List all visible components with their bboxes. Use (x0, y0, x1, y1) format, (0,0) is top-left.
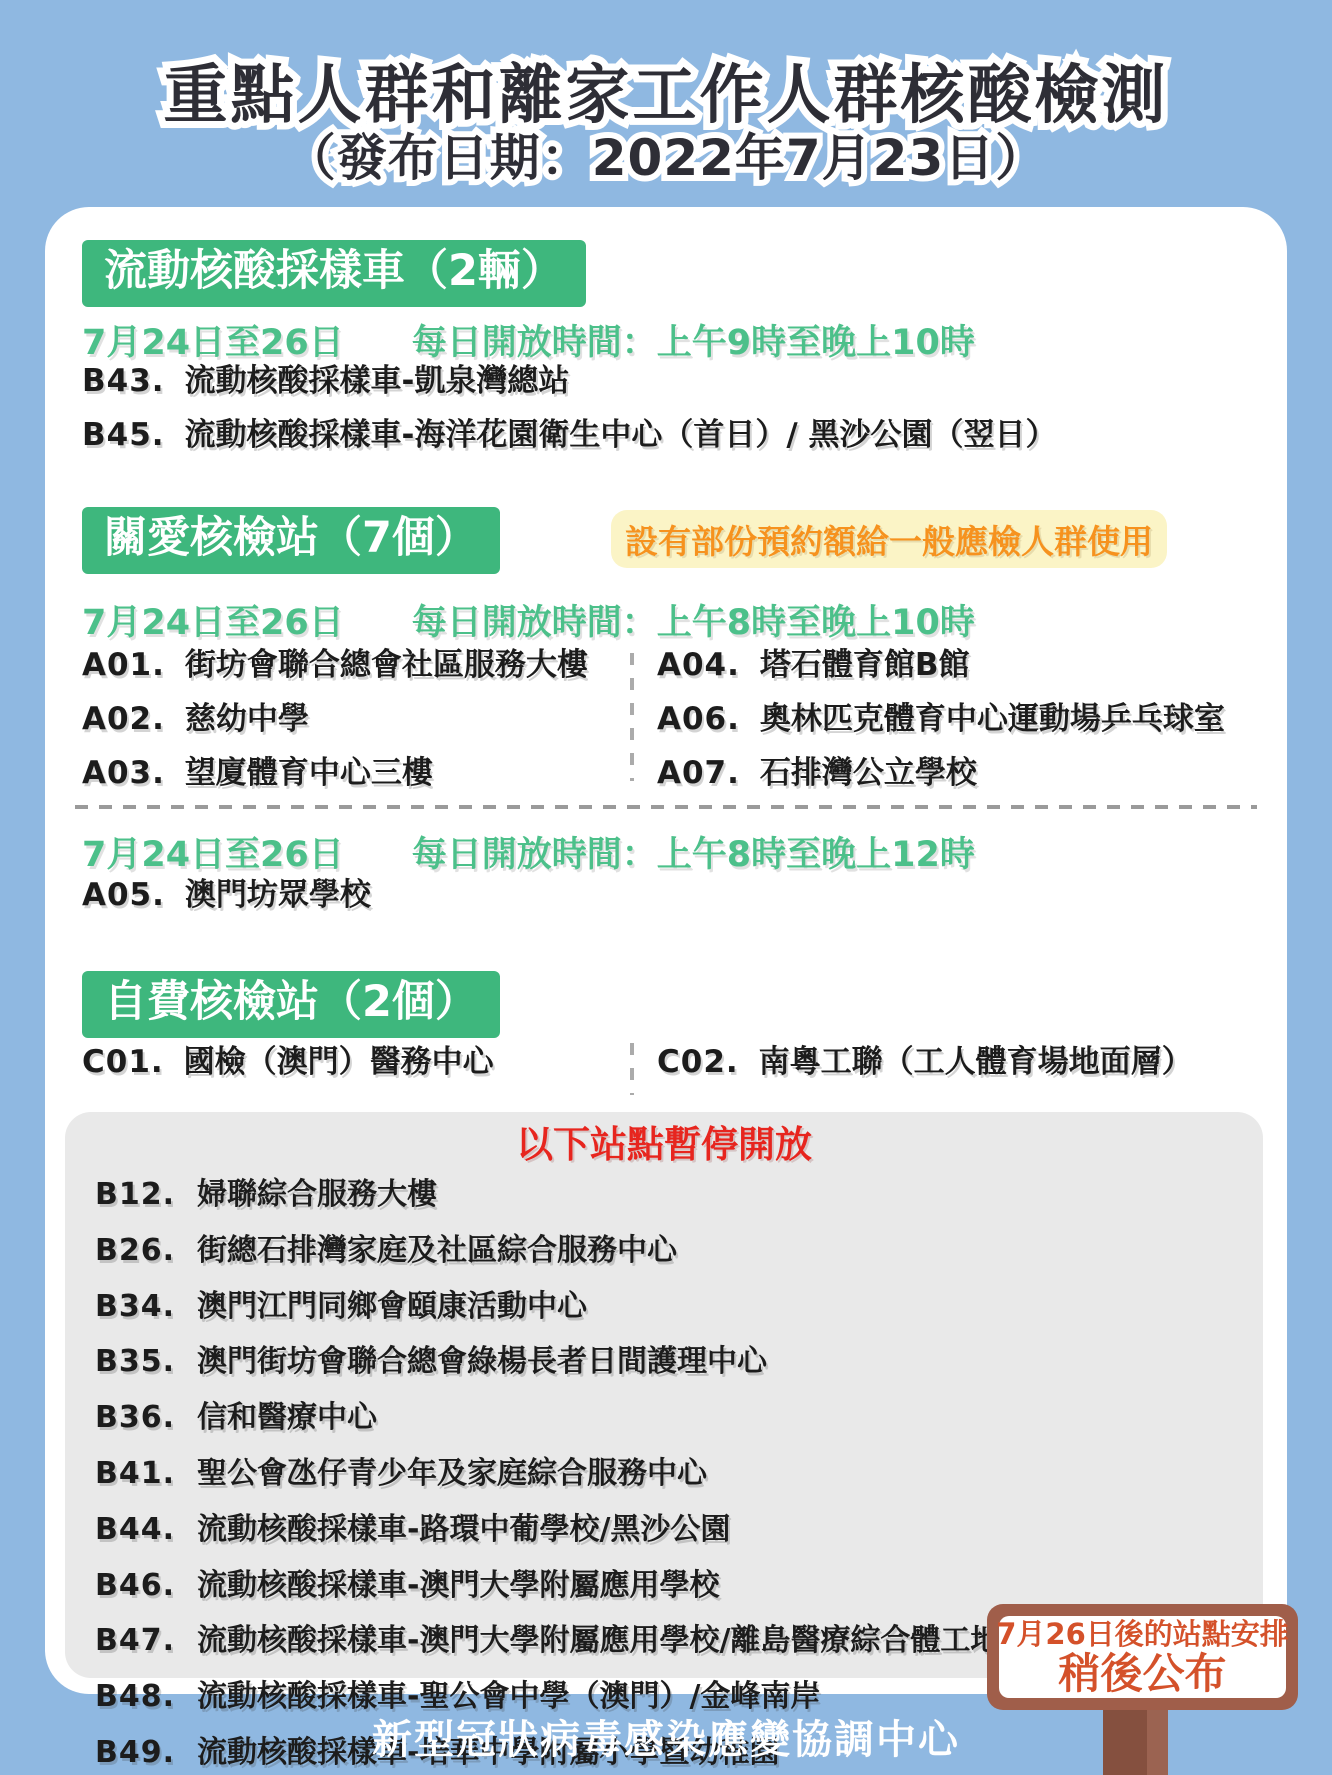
station-code: A07. (657, 751, 740, 795)
sign-post-light-side (1147, 1708, 1168, 1775)
station-item: A04. 塔石體育館B館 (657, 643, 1225, 687)
station-name: 信和醫療中心 (197, 1395, 377, 1441)
notice-sign-line2: 稍後公布 (1058, 1651, 1226, 1697)
station-item: A01. 街坊會聯合總會社區服務大樓 (82, 643, 588, 687)
station-code: B45. (82, 413, 165, 457)
station-name: 流動核酸採樣車-海洋花園衛生中心（首日）/ 黑沙公園（翌日） (185, 413, 1057, 457)
station-code: B44. (95, 1507, 175, 1553)
station-code: A05. (82, 873, 165, 917)
station-name: 街總石排灣家庭及社區綜合服務中心 (197, 1228, 677, 1274)
station-item: B12. 婦聯綜合服務大樓 (95, 1172, 1263, 1218)
station-item: B45. 流動核酸採樣車-海洋花園衛生中心（首日）/ 黑沙公園（翌日） (82, 413, 1057, 457)
station-code: A03. (82, 751, 165, 795)
mobile-station-list: B43. 流動核酸採樣車-凱泉灣總站 B45. 流動核酸採樣車-海洋花園衛生中心… (82, 359, 1057, 457)
station-code: B34. (95, 1284, 175, 1330)
station-name: 奧林匹克體育中心運動場乒乓球室 (760, 697, 1225, 741)
care-open-hours: 每日開放時間：上午8時至晚上10時 (412, 595, 975, 645)
station-name: 慈幼中學 (185, 697, 309, 741)
care-schedule: 7月24日至26日 每日開放時間：上午8時至晚上10時 (82, 595, 975, 645)
mobile-open-hours: 每日開放時間：上午9時至晚上10時 (412, 315, 975, 365)
station-name: 流動核酸採樣車-路環中葡學校/黑沙公園 (197, 1507, 730, 1553)
selfpay-station-left: C01. 國檢（澳門）醫務中心 (82, 1040, 494, 1084)
mobile-schedule: 7月24日至26日 每日開放時間：上午9時至晚上10時 (82, 315, 975, 365)
station-name: 街坊會聯合總會社區服務大樓 (185, 643, 588, 687)
station-item: A03. 望廈體育中心三樓 (82, 751, 588, 795)
station-code: B36. (95, 1395, 175, 1441)
notice-sign-panel: 7月26日後的站點安排 稍後公布 (999, 1616, 1286, 1698)
station-name: 流動核酸採樣車-澳門大學附屬應用學校 (197, 1563, 719, 1609)
selfpay-station-right: C02. 南粵工聯（工人體育場地面層） (657, 1040, 1193, 1084)
station-code: C01. (82, 1040, 164, 1084)
publish-date-text: （發布日期：2022年7月23日） (286, 129, 1047, 187)
station-code: B12. (95, 1172, 175, 1218)
station-name: 澳門街坊會聯合總會綠楊長者日間護理中心 (197, 1339, 767, 1385)
care-station-list-left: A01. 街坊會聯合總會社區服務大樓 A02. 慈幼中學 A03. 望廈體育中心… (82, 643, 588, 795)
station-code: B43. (82, 359, 165, 403)
station-code: C02. (657, 1040, 739, 1084)
badge-care-stations: 關愛核檢站（7個） (82, 507, 500, 574)
station-name: 塔石體育館B館 (760, 643, 970, 687)
station-item: B36. 信和醫療中心 (95, 1395, 1263, 1441)
care-extended-date-range: 7月24日至26日 (82, 827, 344, 877)
publish-date: （發布日期：2022年7月23日） （發布日期：2022年7月23日） (0, 118, 1332, 190)
station-item: B46. 流動核酸採樣車-澳門大學附屬應用學校 (95, 1563, 1263, 1609)
section-divider-dashed (75, 805, 1257, 809)
station-item: A07. 石排灣公立學校 (657, 751, 1225, 795)
care-extended-station-list: A05. 澳門坊眾學校 (82, 873, 371, 917)
column-divider-dashed (630, 653, 634, 781)
notice-sign: 7月26日後的站點安排 稍後公布 (987, 1604, 1298, 1710)
station-name: 婦聯綜合服務大樓 (197, 1172, 437, 1218)
poster-page: 重點人群和離家工作人群核酸檢測 重點人群和離家工作人群核酸檢測 （發布日期：20… (0, 0, 1332, 1775)
station-item: A02. 慈幼中學 (82, 697, 588, 741)
station-name: 石排灣公立學校 (760, 751, 977, 795)
station-item: A05. 澳門坊眾學校 (82, 873, 371, 917)
station-code: B46. (95, 1563, 175, 1609)
station-code: B26. (95, 1228, 175, 1274)
station-item: B26. 街總石排灣家庭及社區綜合服務中心 (95, 1228, 1263, 1274)
station-code: A02. (82, 697, 165, 741)
badge-mobile-sampling-vehicles: 流動核酸採樣車（2輛） (82, 240, 586, 307)
station-name: 澳門坊眾學校 (185, 873, 371, 917)
station-item: B41. 聖公會氹仔青少年及家庭綜合服務中心 (95, 1451, 1263, 1497)
station-name: 南粵工聯（工人體育場地面層） (759, 1040, 1193, 1084)
content-card: 流動核酸採樣車（2輛） 7月24日至26日 每日開放時間：上午9時至晚上10時 … (45, 207, 1287, 1694)
sign-post-dark-side (1103, 1708, 1147, 1775)
station-name: 流動核酸採樣車-凱泉灣總站 (185, 359, 570, 403)
care-extended-schedule: 7月24日至26日 每日開放時間：上午8時至晚上12時 (82, 827, 975, 877)
station-code: B41. (95, 1451, 175, 1497)
station-item: B35. 澳門街坊會聯合總會綠楊長者日間護理中心 (95, 1339, 1263, 1385)
suspended-stations-panel: 以下站點暫停開放 B12. 婦聯綜合服務大樓 B26. 街總石排灣家庭及社區綜合… (65, 1112, 1263, 1678)
badge-selfpay-stations: 自費核檢站（2個） (82, 971, 500, 1038)
notice-sign-post (1103, 1708, 1168, 1775)
station-code: A06. (657, 697, 740, 741)
station-item: B34. 澳門江門同鄉會頤康活動中心 (95, 1284, 1263, 1330)
care-date-range: 7月24日至26日 (82, 595, 344, 645)
station-item: B44. 流動核酸採樣車-路環中葡學校/黑沙公園 (95, 1507, 1263, 1553)
mobile-date-range: 7月24日至26日 (82, 315, 344, 365)
care-reservation-note: 設有部份預約額給一般應檢人群使用 (611, 510, 1167, 568)
station-code: A04. (657, 643, 740, 687)
station-item: B43. 流動核酸採樣車-凱泉灣總站 (82, 359, 1057, 403)
care-station-list-right: A04. 塔石體育館B館 A06. 奧林匹克體育中心運動場乒乓球室 A07. 石… (657, 643, 1225, 795)
suspended-panel-title: 以下站點暫停開放 (65, 1122, 1263, 1168)
station-name: 國檢（澳門）醫務中心 (184, 1040, 494, 1084)
station-name: 流動核酸採樣車-澳門大學附屬應用學校/離島醫療綜合體工地內 (197, 1618, 1030, 1664)
station-name: 望廈體育中心三樓 (185, 751, 433, 795)
station-code: B35. (95, 1339, 175, 1385)
station-code: A01. (82, 643, 165, 687)
station-name: 聖公會氹仔青少年及家庭綜合服務中心 (197, 1451, 707, 1497)
column-divider-dashed (630, 1043, 634, 1095)
station-item: A06. 奧林匹克體育中心運動場乒乓球室 (657, 697, 1225, 741)
station-code: B47. (95, 1618, 175, 1664)
care-extended-open-hours: 每日開放時間：上午8時至晚上12時 (412, 827, 975, 877)
notice-sign-line1: 7月26日後的站點安排 (996, 1617, 1289, 1651)
station-name: 澳門江門同鄉會頤康活動中心 (197, 1284, 587, 1330)
